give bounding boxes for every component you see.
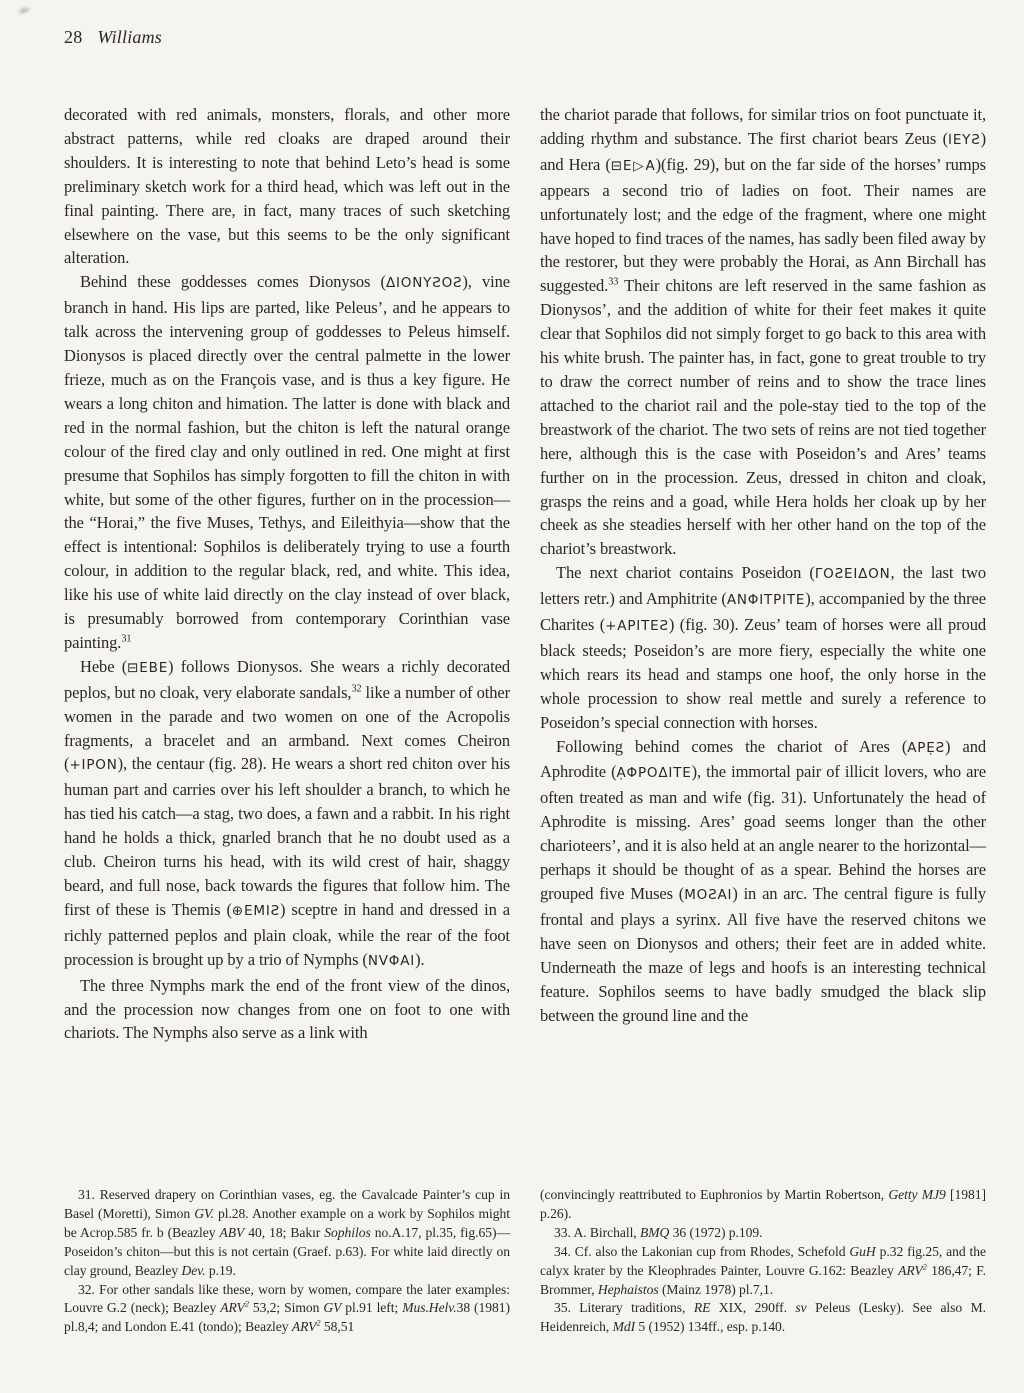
body-column-left: decorated with red animals, monsters, fl… [64,103,510,1045]
text-run: the chariot parade that follows, for sim… [540,105,986,148]
greek-inscription: ΔΙΟΝΥƧΟƧ [386,275,462,291]
text-run: Dev. [181,1263,205,1278]
text-run: Mus.Helv. [402,1300,456,1315]
footnote-area: 31. Reserved drapery on Corinthian vases… [64,1186,986,1337]
body-paragraph: The three Nymphs mark the end of the fro… [64,974,510,1046]
text-run: Following behind comes the chariot of Ar… [556,737,907,756]
text-run: pl.91 left; [341,1300,402,1315]
footnote: 31. Reserved drapery on Corinthian vases… [64,1186,510,1281]
text-run: ABV [220,1225,245,1240]
body-paragraph: Behind these goddesses comes Dionysos (Δ… [64,270,510,655]
body-paragraph: Following behind comes the chariot of Ar… [540,735,986,1028]
greek-inscription: +ΙΡΟΝ [69,757,117,773]
text-run: 5 (1952) 134ff., esp. p.140. [635,1319,785,1334]
text-run: ARV [898,1263,923,1278]
text-run: GuH [849,1244,875,1259]
text-run: 36 (1972) p.109. [669,1225,762,1240]
text-run: sv [795,1300,806,1315]
body-column-right: the chariot parade that follows, for sim… [540,103,986,1045]
text-run: Hebe ( [80,657,127,676]
text-run: BMQ [640,1225,669,1240]
footnote-column-right: (convincingly reattributed to Euphronios… [540,1186,986,1337]
text-run: 35. Literary traditions, [554,1300,694,1315]
text-run: XIX, 290ff. [710,1300,795,1315]
text-run: RE [694,1300,711,1315]
footnote: (convincingly reattributed to Euphronios… [540,1186,986,1224]
text-run: GV. [194,1206,214,1221]
text-run: Behind these goddesses comes Dionysos ( [80,272,386,291]
text-run: MdI [613,1319,636,1334]
running-header: 28Williams [64,27,162,48]
greek-inscription: ⊕ΕΜΙƧ [232,903,280,919]
text-run: ARV [220,1300,245,1315]
body-paragraph: the chariot parade that follows, for sim… [540,103,986,561]
greek-inscription: ⊟ΕΒΕ [127,660,168,676]
text-run: 53,2; Simon [249,1300,323,1315]
text-run: p.19. [206,1263,236,1278]
text-run: Sophilos [324,1225,370,1240]
text-run: 33. A. Birchall, [554,1225,640,1240]
page-number: 28 [64,27,82,47]
greek-inscription: ΑΝΦΙΤΡΙΤΕ [727,592,805,608]
text-run: Getty MJ9 [888,1187,945,1202]
scan-artifact [15,4,33,18]
text-run: ) in an arc. The central figure is fully… [540,884,986,1025]
footnote: 32. For other sandals like these, worn b… [64,1281,510,1338]
text-run: (convincingly reattributed to Euphronios… [540,1187,888,1202]
footnote-reference: 31 [121,633,131,644]
greek-inscription: ⊟Ε▷Α [611,158,656,174]
text-run: The next chariot contains Poseidon ( [556,563,815,582]
running-head-author: Williams [97,27,162,47]
greek-inscription: +ΑΡΙΤΕƧ [605,618,669,634]
text-run: ), the immortal pair of illicit lovers, … [540,762,986,903]
text-run: )(fig. 29), but on the far side of the h… [540,155,986,296]
text-run: ), vine branch in hand. His lips are par… [64,272,510,652]
greek-inscription: ΜΟƧΑΙ [684,887,732,903]
footnote: 35. Literary traditions, RE XIX, 290ff. … [540,1299,986,1337]
text-run: 58,51 [321,1319,355,1334]
footnote: 34. Cf. also the Lakonian cup from Rhode… [540,1243,986,1300]
greek-inscription: ΓΟƧΕΙΔΟΝ [815,566,891,582]
text-run: 40, 18; Bakır [244,1225,324,1240]
greek-inscription: ΙΕΥƧ [948,132,981,148]
body-paragraph: Hebe (⊟ΕΒΕ) follows Dionysos. She wears … [64,655,510,974]
footnote-reference: 33 [608,277,618,288]
scanned-page: 28Williams decorated with red animals, m… [0,0,1024,1393]
text-run: The three Nymphs mark the end of the fro… [64,976,510,1043]
greek-inscription: ẠΦΡΟΔΙΤΕ [617,765,692,781]
text-run: ARV [292,1319,317,1334]
text-run: decorated with red animals, monsters, fl… [64,105,510,267]
text-run: Their chitons are left reserved in the s… [540,276,986,558]
footnote: 33. A. Birchall, BMQ 36 (1972) p.109. [540,1224,986,1243]
text-run: 34. Cf. also the Lakonian cup from Rhode… [554,1244,849,1259]
text-run: ), the centaur (fig. 28). He wears a sho… [64,754,510,918]
text-run: GV [323,1300,341,1315]
body-paragraph: The next chariot contains Poseidon (ΓΟƧΕ… [540,561,986,734]
greek-inscription: ΝVΦΑΙ [368,953,415,969]
text-run: ). [415,950,424,969]
footnote-column-left: 31. Reserved drapery on Corinthian vases… [64,1186,510,1337]
text-run: Hephaistos [598,1282,659,1297]
body-text-area: decorated with red animals, monsters, fl… [64,103,986,1045]
footnote-reference: 32 [351,683,361,694]
greek-inscription: ΑΡẸƧ [907,740,945,756]
body-paragraph: decorated with red animals, monsters, fl… [64,103,510,270]
text-run: (Mainz 1978) pl.7,1. [659,1282,773,1297]
